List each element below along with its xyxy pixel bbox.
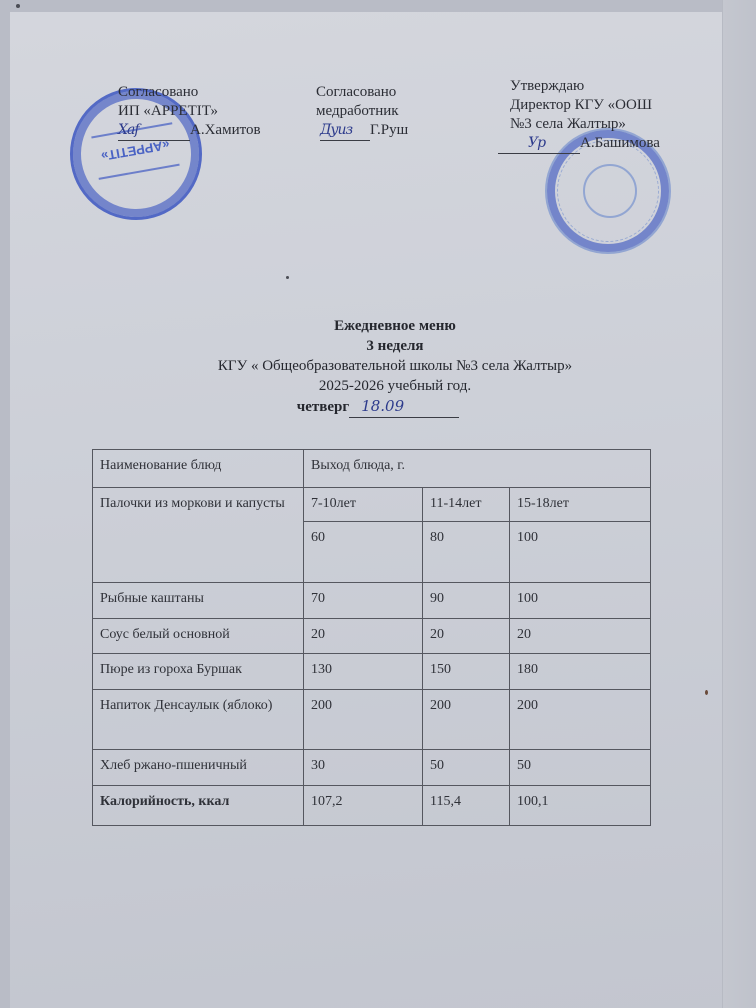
signature: Ур [528,135,545,151]
approval-middle: Согласовано медработник Дуиз Г.Руш [316,83,408,141]
portion-value: 60 [304,522,423,583]
portion-value: 20 [304,619,423,654]
approval-left-line2: ИП «АРРЕТIТ» [118,102,261,121]
portion-value: 130 [304,654,423,690]
calories-row: Калорийность, ккал 107,2 115,4 100,1 [93,786,651,826]
table-row: Палочки из моркови и капусты 7-10лет 11-… [93,488,651,522]
table-header-row: Наименование блюд Выход блюда, г. [93,450,651,488]
calories-value: 107,2 [304,786,423,826]
age-group: 15-18лет [510,488,651,522]
signature: Хаf [118,122,139,138]
portion-value: 50 [423,750,510,786]
approval-right-line3: №3 села Жалтыр» [510,115,660,134]
approval-left: Согласовано ИП «АРРЕТIТ» Хаf А.Хамитов [118,83,261,141]
table-row: Напиток Денсаулык (яблоко) 200 200 200 [93,690,651,750]
table-row: Соус белый основной 20 20 20 [93,619,651,654]
portion-value: 200 [510,690,651,750]
approval-middle-name: Г.Руш [370,122,408,138]
menu-header: Ежедневное меню 3 неделя КГУ « Общеобраз… [0,316,756,418]
state-emblem-icon [583,164,637,218]
approval-right: Утверждаю Директор КГУ «ООШ №3 села Жалт… [510,77,660,154]
signature-line: Дуиз [320,121,370,141]
portion-value: 70 [304,583,423,619]
menu-table: Наименование блюд Выход блюда, г. Палочк… [92,449,651,826]
header-dish-yield: Выход блюда, г. [304,450,651,488]
date-handwritten: 18.09 [361,397,404,415]
paper-edge-shadow [722,0,756,1008]
portion-value: 200 [423,690,510,750]
approval-right-line2: Директор КГУ «ООШ [510,96,660,115]
signature: Дуиз [320,122,352,138]
calories-label: Калорийность, ккал [93,786,304,826]
approval-middle-line1: Согласовано [316,83,408,102]
dish-name: Палочки из моркови и капусты [93,488,304,583]
signature-line: Ур [498,134,580,154]
header-dish-name: Наименование блюд [93,450,304,488]
age-group: 11-14лет [423,488,510,522]
approval-middle-line2: медработник [316,102,408,121]
portion-value: 100 [510,583,651,619]
menu-title: Ежедневное меню [0,316,756,336]
approval-right-name: А.Башимова [580,135,660,151]
table-row: Хлеб ржано-пшеничный 30 50 50 [93,750,651,786]
approval-left-line1: Согласовано [118,83,261,102]
portion-value: 200 [304,690,423,750]
dish-name: Рыбные каштаны [93,583,304,619]
school-name: КГУ « Общеобразовательной школы №3 села … [0,356,756,376]
table-row: Рыбные каштаны 70 90 100 [93,583,651,619]
menu-week: 3 неделя [0,336,756,356]
portion-value: 180 [510,654,651,690]
signature-line: Хаf [118,121,190,141]
day-label: четверг [297,399,349,415]
portion-value: 20 [510,619,651,654]
paper-speck [16,4,20,8]
calories-value: 100,1 [510,786,651,826]
calories-value: 115,4 [423,786,510,826]
dish-name: Пюре из гороха Буршак [93,654,304,690]
school-year: 2025-2026 учебный год. [0,376,756,396]
age-group: 7-10лет [304,488,423,522]
approval-right-line1: Утверждаю [510,77,660,96]
portion-value: 80 [423,522,510,583]
portion-value: 20 [423,619,510,654]
dish-name: Соус белый основной [93,619,304,654]
portion-value: 30 [304,750,423,786]
date-line: 18.09 [349,396,459,418]
dish-name: Напиток Денсаулык (яблоко) [93,690,304,750]
dish-name: Хлеб ржано-пшеничный [93,750,304,786]
portion-value: 150 [423,654,510,690]
portion-value: 100 [510,522,651,583]
portion-value: 50 [510,750,651,786]
portion-value: 90 [423,583,510,619]
approval-left-name: А.Хамитов [190,122,261,138]
table-row: Пюре из гороха Буршак 130 150 180 [93,654,651,690]
paper-speck [286,276,289,279]
paper-speck [705,690,708,695]
